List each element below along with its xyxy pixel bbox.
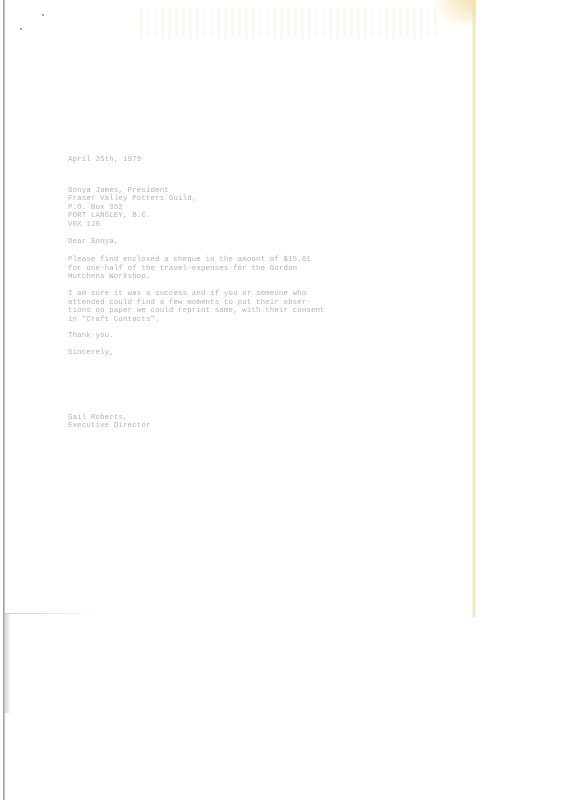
scan-background: April 25th, 1979 Sonya James, President … [0,0,565,800]
letter-body: April 25th, 1979 Sonya James, President … [68,156,368,431]
paragraph-1: Please find enclosed a cheque in the amo… [68,256,368,282]
signer-name: Gail Roberts, [68,414,368,423]
reverse-side-show-through [140,8,440,38]
signer-title: Executive Director [68,422,368,431]
scan-speck [42,14,44,16]
signature-block: Gail Roberts, Executive Director [68,414,368,431]
paragraph-line: in "Craft Contacts". [68,316,368,325]
paragraph-line: Hutchens Workshop. [68,273,368,282]
paragraph-line: for one-half of the travel-expenses for … [68,265,368,274]
recipient-po-box: P.O. Box 352 [68,204,368,213]
paragraph-line: tions on paper we could reprint same, wi… [68,307,368,316]
page-right-edge [472,2,476,617]
recipient-name: Sonya James, President [68,187,368,196]
recipient-address: Sonya James, President Fraser Valley Pot… [68,187,368,230]
thanks-line: Thank you. [68,332,368,341]
closing-line: Sincerely, [68,349,368,358]
paragraph-2: I am sure it was a success and if you or… [68,290,368,324]
salutation: Dear Sonya, [68,238,368,247]
recipient-organization: Fraser Valley Potters Guild, [68,195,368,204]
recipient-city: FORT LANGLEY, B.C. [68,212,368,221]
scan-speck [20,28,22,30]
recipient-postal-code: V0X 1J0 [68,221,368,230]
paragraph-line: Please find enclosed a cheque in the amo… [68,256,368,265]
paragraph-line: I am sure it was a success and if you or… [68,290,368,299]
paragraph-line: attended could find a few moments to put… [68,299,368,308]
letter-date: April 25th, 1979 [68,156,368,165]
page-shadow [5,613,11,713]
page-bottom-edge [5,613,95,614]
